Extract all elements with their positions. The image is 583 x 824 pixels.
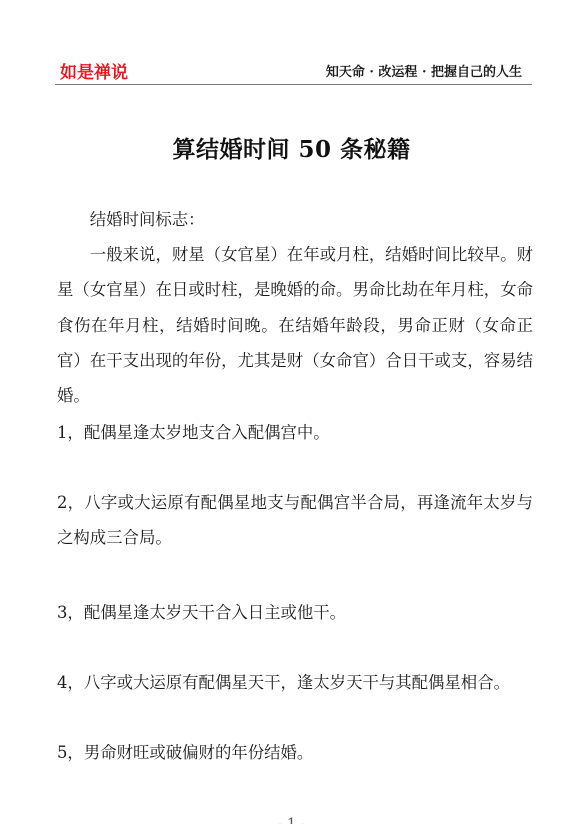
intro-text: 一般来说，财星（女官星）在年或月柱，结婚时间比较早。财星（女官星）在日或时柱，是… [57, 237, 533, 413]
list-item: 4，八字或大运原有配偶星天干，逢太岁天干与其配偶星相合。 [57, 665, 533, 700]
list-item: 2，八字或大运原有配偶星地支与配偶宫半合局，再逢流年太岁与之构成三合局。 [57, 485, 533, 556]
document-title: 算结婚时间 50 条秘籍 [0, 131, 583, 164]
list-item: 5，男命财旺或破偏财的年份结婚。 [57, 735, 533, 770]
list-item: 3，配偶星逢太岁天干合入日主或他干。 [57, 595, 533, 630]
section-label: 结婚时间标志： [57, 202, 533, 237]
intro-paragraph: 一般来说，财星（女官星）在年或月柱，结婚时间比较早。财星（女官星）在日或时柱，是… [57, 237, 533, 413]
page-number: - 1 - [0, 816, 583, 824]
header-slogan: 知天命 · 改运程 · 把握自己的人生 [326, 61, 522, 80]
brand-logo-text: 如是禅说 [60, 58, 128, 83]
list-item: 1，配偶星逢太岁地支合入配偶宫中。 [57, 415, 533, 450]
page-header: 如是禅说 知天命 · 改运程 · 把握自己的人生 [55, 56, 532, 85]
section-label-text: 结婚时间标志： [57, 202, 533, 237]
